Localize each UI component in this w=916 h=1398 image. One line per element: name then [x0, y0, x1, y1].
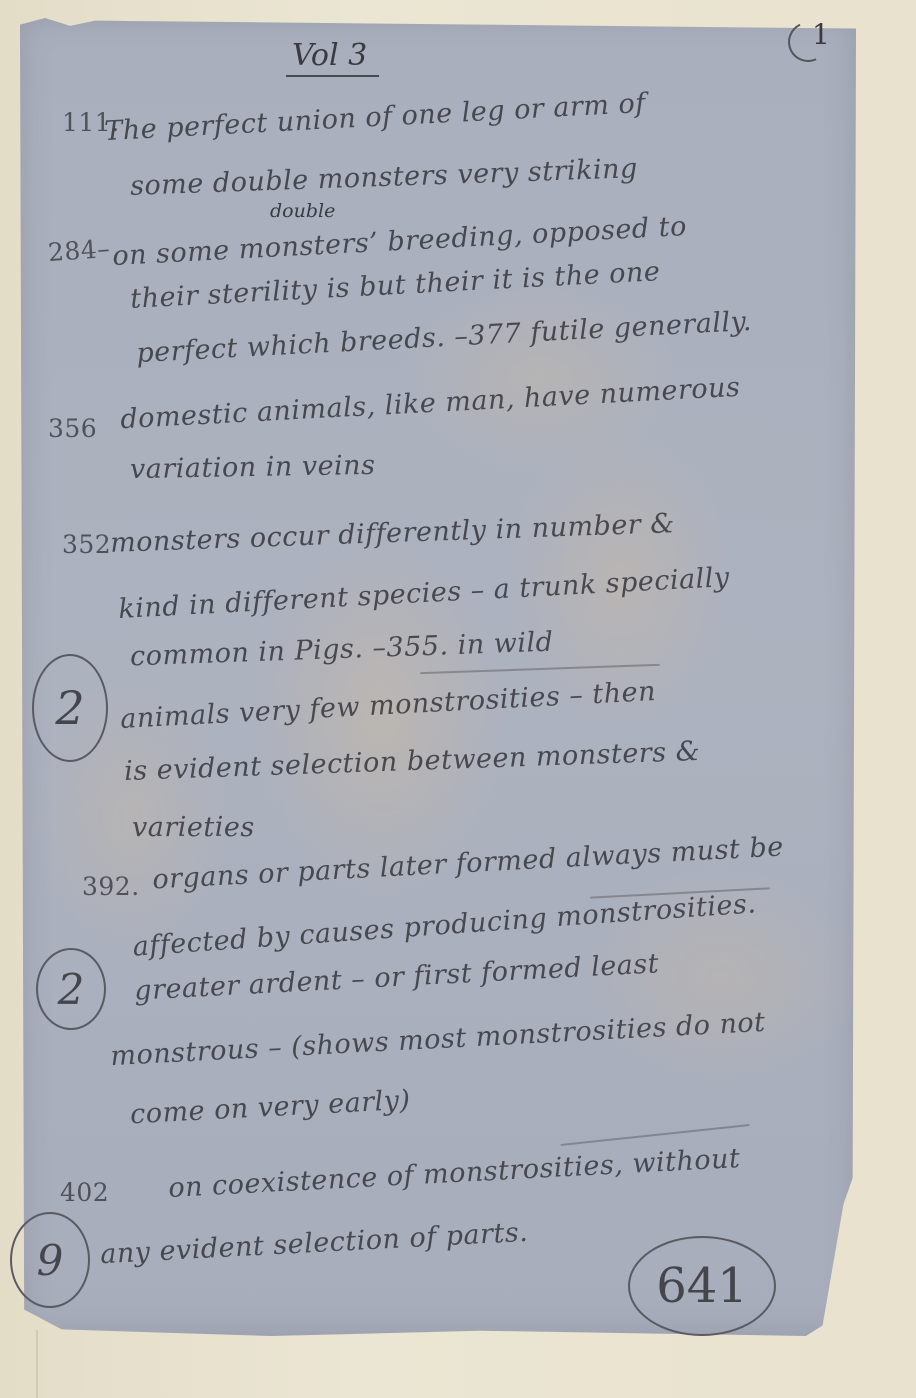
backing-sheet-edge: [36, 1330, 38, 1398]
volume-header: Vol 3: [286, 38, 379, 77]
folio-mark: 1: [812, 18, 852, 58]
manuscript-page: [20, 18, 856, 1336]
entry-ref-356: 356: [48, 414, 97, 443]
entry-ref-284: 284–: [47, 234, 111, 267]
entry-ref-392: 392.: [82, 872, 140, 901]
entry-ref-402: 402: [60, 1178, 109, 1207]
margin-circle-2b: 2: [36, 948, 106, 1030]
entry-284-insertion: double: [270, 200, 335, 222]
entry-352-line-6: varieties: [132, 812, 255, 843]
page-number-circle: 641: [628, 1236, 776, 1336]
entry-356-line-2: variation in veins: [130, 450, 376, 485]
margin-circle-9: 9: [10, 1212, 90, 1308]
margin-circle-2: 2: [32, 654, 108, 762]
entry-ref-352: 352: [62, 530, 111, 559]
